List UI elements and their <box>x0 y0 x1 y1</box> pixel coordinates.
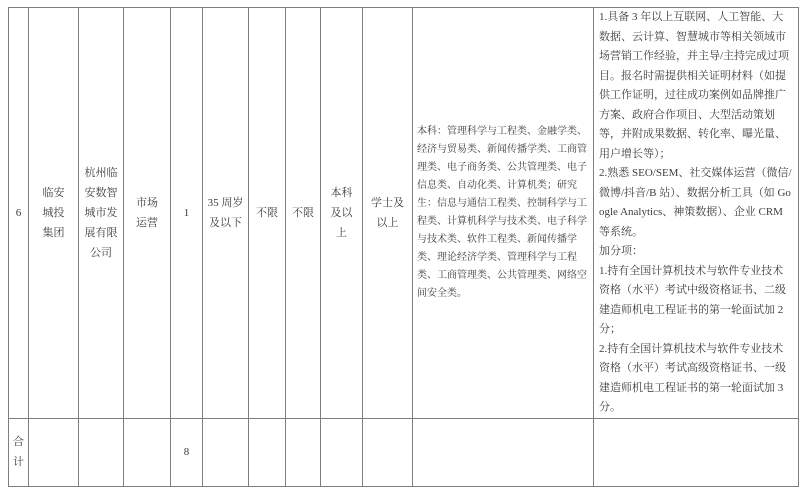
majors-cell: 本科：管理科学与工程类、金融学类、经济与贸易类、新闻传播学类、工商管理类、电子商… <box>413 8 594 375</box>
company-cell: 杭州临安数智城市发展有限公司 <box>79 8 124 375</box>
recruitment-table-sheet: 6 临安城投集团 杭州临安数智城市发展有限公司 市场运营 1 35 周岁及以下 … <box>8 7 799 374</box>
group-cell: 临安城投集团 <box>29 8 79 375</box>
limit-cell-2: 不限 <box>286 8 321 375</box>
position-cell: 市场运营 <box>124 8 171 375</box>
seq-cell: 6 <box>9 8 29 375</box>
table-row: 6 临安城投集团 杭州临安数智城市发展有限公司 市场运营 1 35 周岁及以下 … <box>9 8 799 375</box>
requirements-cell: 1.具备 3 年以上互联网、人工智能、大数据、云计算、智慧城市等相关领域市场营销… <box>594 8 799 375</box>
limit-cell-1: 不限 <box>249 8 286 375</box>
recruitment-table: 6 临安城投集团 杭州临安数智城市发展有限公司 市场运营 1 35 周岁及以下 … <box>8 7 799 374</box>
age-limit-cell: 35 周岁及以下 <box>203 8 249 375</box>
degree-cell: 学士及以上 <box>363 8 413 375</box>
headcount-cell: 1 <box>171 8 203 375</box>
education-cell: 本科及以上 <box>321 8 363 375</box>
